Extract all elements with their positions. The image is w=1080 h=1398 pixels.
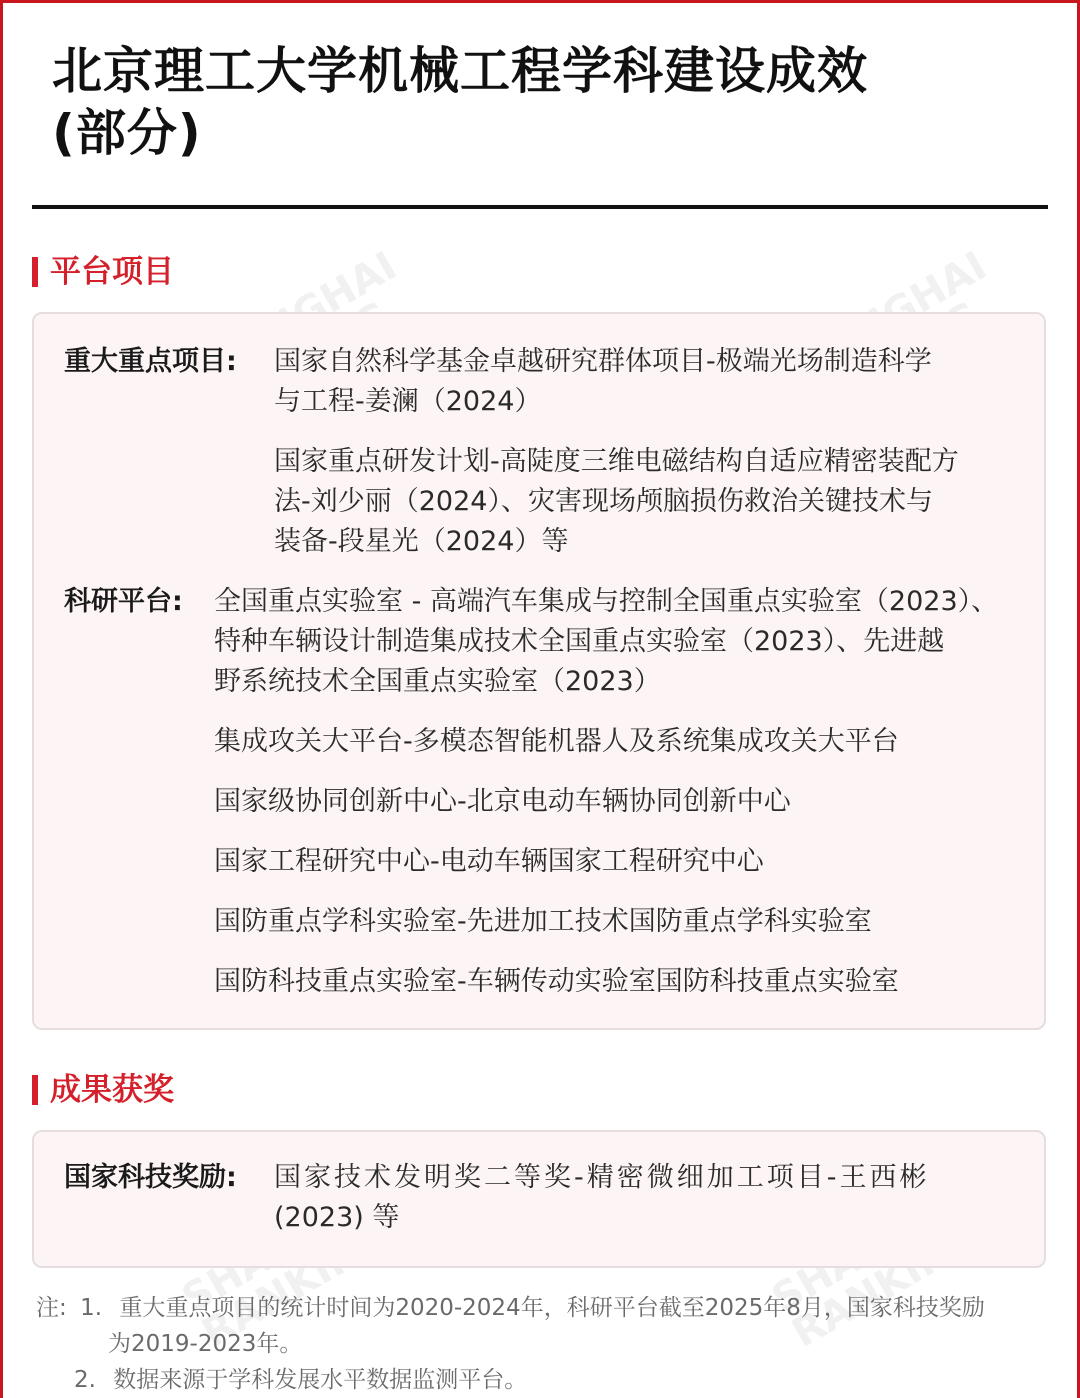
group-label-major-projects: 重大重点项目: [64,342,237,382]
list-item: 全国重点实验室 - 高端汽车集成与控制全国重点实验室（2023）、 特种车辆设计… [214,582,998,702]
awards-card: 国家科技奖励: 国家技术发明奖二等奖-精密微细加工项目-王西彬 (2023) 等 [32,1130,1046,1268]
list-item: 国家级协同创新中心-北京电动车辆协同创新中心 [214,782,791,822]
section-heading-text: 成果获奖 [50,1070,174,1110]
title-line-1: 北京理工大学机械工程学科建设成效 [52,40,992,102]
title-divider [32,205,1048,209]
list-item: 国家技术发明奖二等奖-精密微细加工项目-王西彬 (2023) 等 [274,1158,929,1238]
group-label-national-awards: 国家科技奖励: [64,1158,237,1198]
accent-bar [32,1075,38,1105]
list-item: 集成攻关大平台-多模态智能机器人及系统集成攻关大平台 [214,722,899,762]
list-item: 国防科技重点实验室-车辆传动实验室国防科技重点实验室 [214,962,899,1002]
list-item: 国家自然科学基金卓越研究群体项目-极端光场制造科学 与工程-姜澜（2024） [274,342,932,422]
group-label-research-platforms: 科研平台: [64,582,183,622]
list-item: 国家工程研究中心-电动车辆国家工程研究中心 [214,842,764,882]
list-item: 国防重点学科实验室-先进加工技术国防重点学科实验室 [214,902,872,942]
section-heading-platform-projects: 平台项目 [32,252,174,292]
footnote-1: 注: 1. 重大重点项目的统计时间为2020-2024年，科研平台截至2025年… [36,1290,985,1362]
list-item: 国家重点研发计划-高陡度三维电磁结构自适应精密装配方 法-刘少丽（2024）、灾… [274,442,959,562]
section-heading-text: 平台项目 [50,252,174,292]
page-title: 北京理工大学机械工程学科建设成效 (部分) [52,40,992,164]
footnotes: 注: 1. 重大重点项目的统计时间为2020-2024年，科研平台截至2025年… [36,1290,985,1398]
footnote-2: 2. 数据来源于学科发展水平数据监测平台。 [36,1362,985,1398]
platform-projects-card: 重大重点项目: 国家自然科学基金卓越研究群体项目-极端光场制造科学 与工程-姜澜… [32,312,1046,1030]
title-line-2: (部分) [52,102,992,164]
section-heading-awards: 成果获奖 [32,1070,174,1110]
accent-bar [32,257,38,287]
